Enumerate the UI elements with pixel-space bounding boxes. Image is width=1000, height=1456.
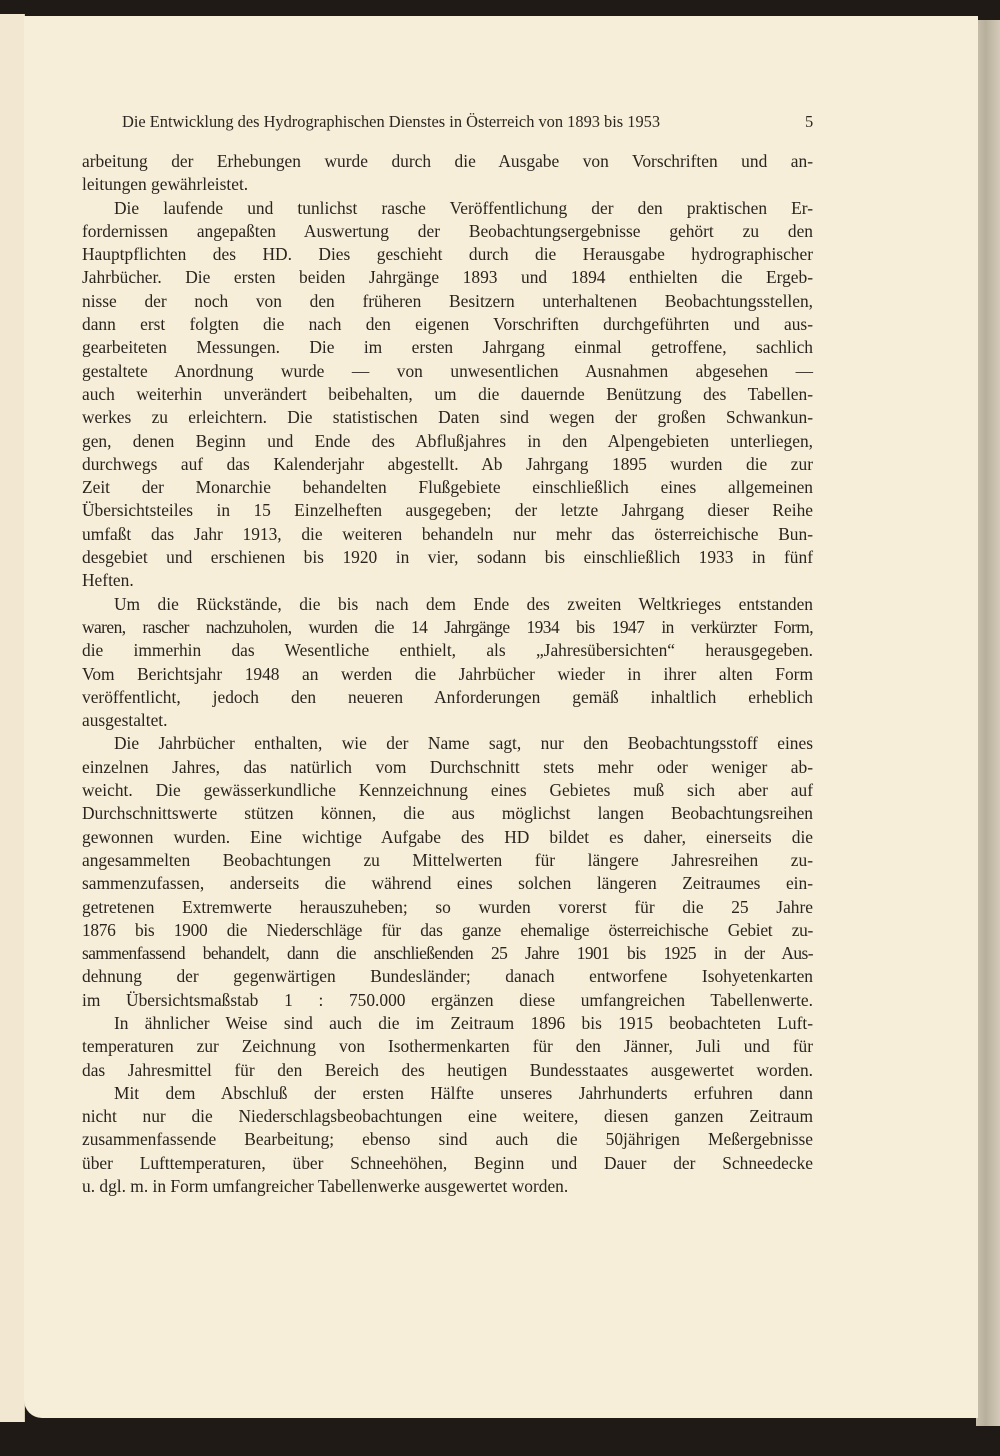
text-line: getretenen Extremwerte herauszuheben; so… (82, 896, 813, 919)
text-line: u. dgl. m. in Form umfangreicher Tabelle… (82, 1175, 813, 1198)
right-page-edges (976, 20, 1000, 1426)
text-line: sammenzufassen, anderseits die während e… (82, 872, 813, 895)
text-line: auch weiterhin unverändert beibehalten, … (82, 383, 813, 406)
text-line: über Lufttemperaturen, über Schneehöhen,… (82, 1152, 813, 1175)
text-line: leitungen gewährleistet. (82, 173, 813, 196)
text-line: Mit dem Abschluß der ersten Hälfte unser… (82, 1082, 813, 1105)
text-line: Die laufende und tunlichst rasche Veröff… (82, 197, 813, 220)
text-line: dann erst folgten die nach den eigenen V… (82, 313, 813, 336)
text-line: nicht nur die Niederschlagsbeobachtungen… (82, 1105, 813, 1128)
text-line: sammenfassend behandelt, dann die anschl… (82, 942, 813, 965)
text-line: umfaßt das Jahr 1913, die weiteren behan… (82, 523, 813, 546)
text-line: desgebiet und erschienen bis 1920 in vie… (82, 546, 813, 569)
text-line: werkes zu erleichtern. Die statistischen… (82, 406, 813, 429)
left-page-edge (0, 14, 25, 1422)
text-line: dehnung der gegenwärtigen Bundesländer; … (82, 965, 813, 988)
text-line: Die Jahrbücher enthalten, wie der Name s… (82, 732, 813, 755)
text-line: gestaltete Anordnung wurde — von unwesen… (82, 360, 813, 383)
text-line: die immerhin das Wesentliche enthielt, a… (82, 639, 813, 662)
text-line: Übersichtsteiles in 15 Einzelheften ausg… (82, 499, 813, 522)
page-number: 5 (805, 112, 813, 132)
text-line: einzelnen Jahres, das natürlich vom Durc… (82, 756, 813, 779)
paragraph-1: arbeitung der Erhebungen wurde durch die… (82, 150, 813, 197)
text-line: gen, denen Beginn und Ende des Abflußjah… (82, 430, 813, 453)
paragraph-4: Die Jahrbücher enthalten, wie der Name s… (82, 732, 813, 1012)
paragraph-6: Mit dem Abschluß der ersten Hälfte unser… (82, 1082, 813, 1198)
text-line: fordernissen angepaßten Auswertung der B… (82, 220, 813, 243)
body-text: arbeitung der Erhebungen wurde durch die… (82, 150, 813, 1198)
text-line: waren, rascher nachzuholen, wurden die 1… (82, 616, 813, 639)
text-line: nisse der noch von den früheren Besitzer… (82, 290, 813, 313)
text-line: durchwegs auf das Kalenderjahr abgestell… (82, 453, 813, 476)
paragraph-5: In ähnlicher Weise sind auch die im Zeit… (82, 1012, 813, 1082)
text-line: Zeit der Monarchie behandelten Flußgebie… (82, 476, 813, 499)
text-line: gearbeiteten Messungen. Die im ersten Ja… (82, 336, 813, 359)
text-line: Durchschnittswerte stützen können, die a… (82, 802, 813, 825)
text-line: Heften. (82, 569, 813, 592)
text-line: Jahrbücher. Die ersten beiden Jahrgänge … (82, 266, 813, 289)
running-title: Die Entwicklung des Hydrographischen Die… (122, 112, 822, 132)
text-line: das Jahresmittel für den Bereich des heu… (82, 1059, 813, 1082)
text-line: In ähnlicher Weise sind auch die im Zeit… (82, 1012, 813, 1035)
text-line: ausgestaltet. (82, 709, 813, 732)
text-line: weicht. Die gewässerkundliche Kennzeichn… (82, 779, 813, 802)
text-line: zusammenfassende Bearbeitung; ebenso sin… (82, 1128, 813, 1151)
text-line: Hauptpflichten des HD. Dies geschieht du… (82, 243, 813, 266)
text-line: gewonnen wurden. Eine wichtige Aufgabe d… (82, 826, 813, 849)
text-line: temperaturen zur Zeichnung von Isotherme… (82, 1035, 813, 1058)
paragraph-3: Um die Rückstände, die bis nach dem Ende… (82, 593, 813, 733)
scanned-book-page: Die Entwicklung des Hydrographischen Die… (0, 0, 1000, 1456)
text-line: im Übersichtsmaßstab 1 : 750.000 ergänze… (82, 989, 813, 1012)
text-line: Vom Berichtsjahr 1948 an werden die Jahr… (82, 663, 813, 686)
text-line: arbeitung der Erhebungen wurde durch die… (82, 150, 813, 173)
paragraph-2: Die laufende und tunlichst rasche Veröff… (82, 197, 813, 593)
text-line: veröffentlicht, jedoch den neueren Anfor… (82, 686, 813, 709)
text-line: 1876 bis 1900 die Niederschläge für das … (82, 919, 813, 942)
text-line: Um die Rückstände, die bis nach dem Ende… (82, 593, 813, 616)
text-line: angesammelten Beobachtungen zu Mittelwer… (82, 849, 813, 872)
